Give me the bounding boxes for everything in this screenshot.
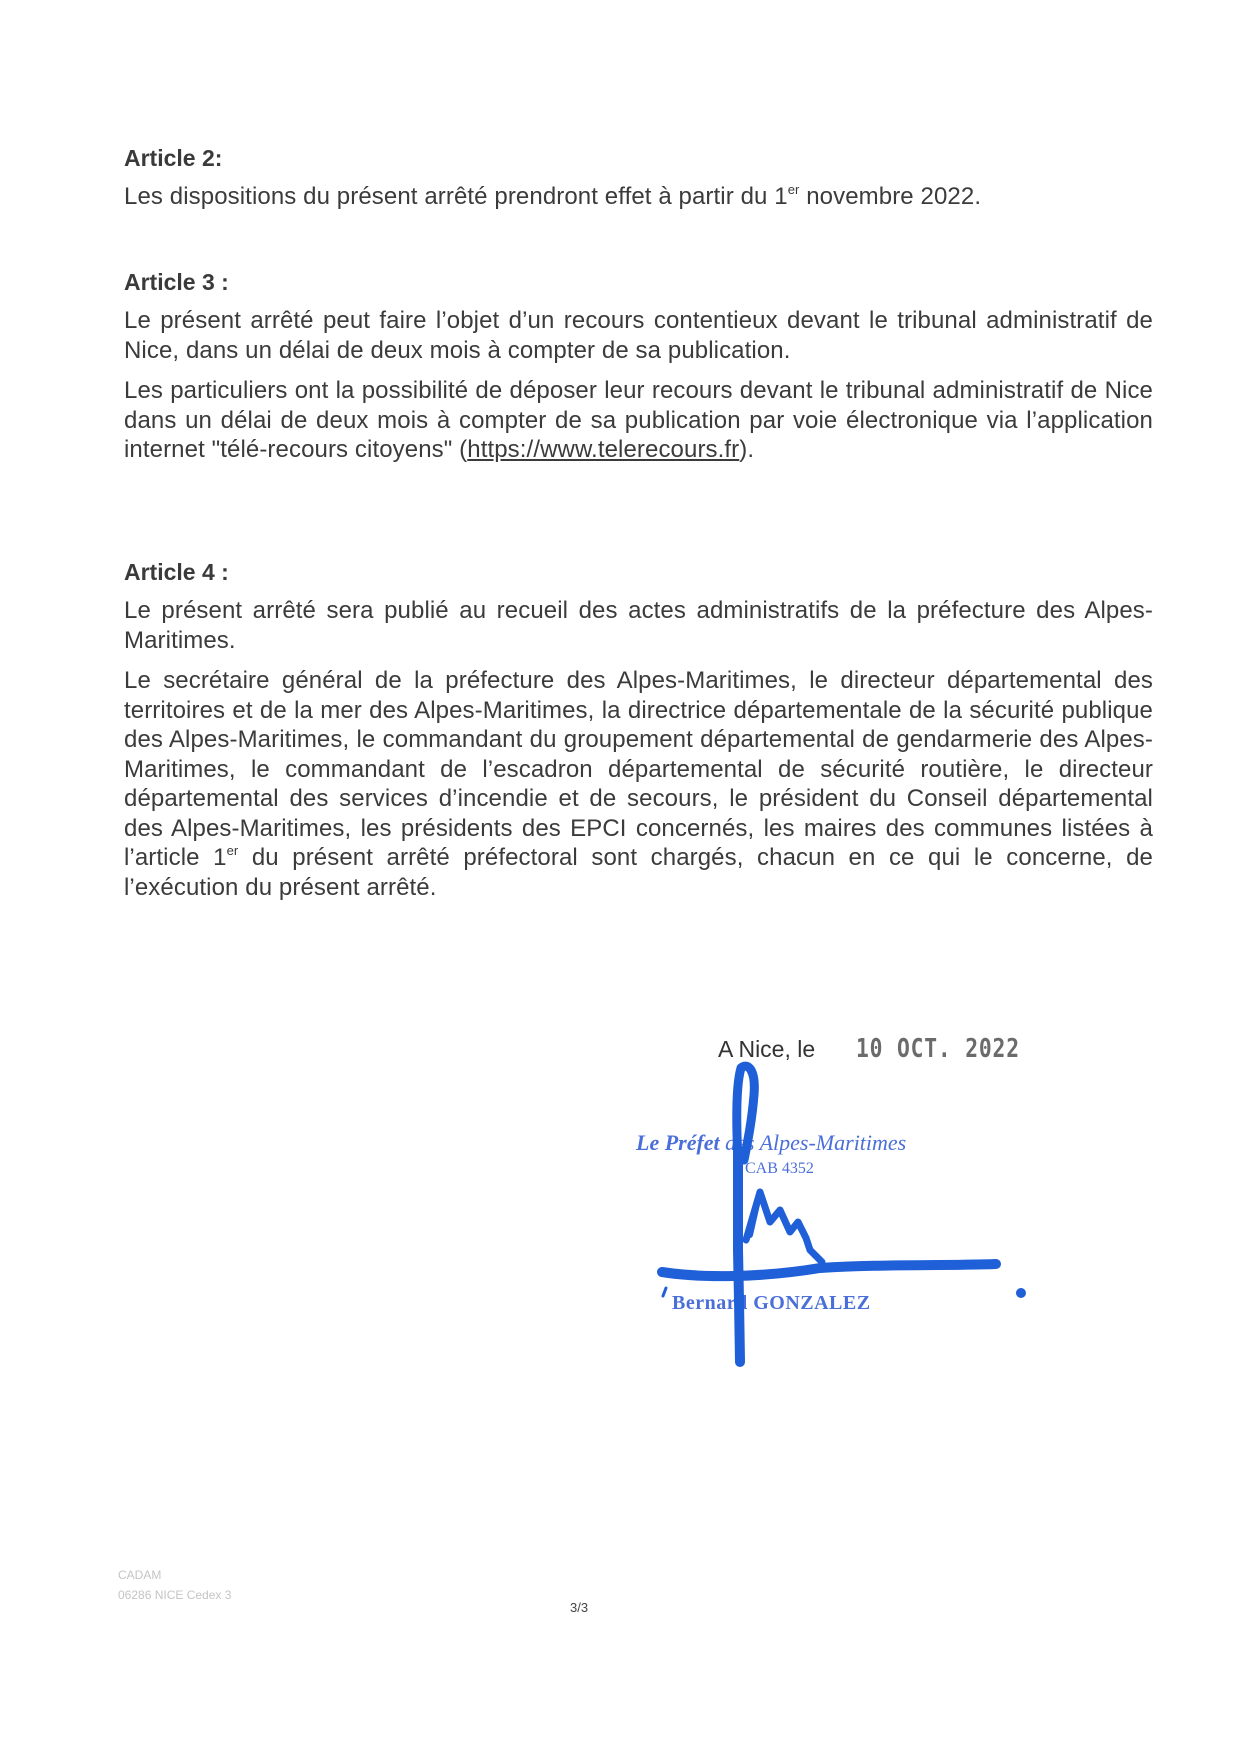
footer-address: CADAM 06286 NICE Cedex 3 xyxy=(118,1565,231,1605)
page-number: 3/3 xyxy=(570,1600,588,1615)
article-3-paragraph-2: Les particuliers ont la possibilité de d… xyxy=(124,376,1153,465)
article-2: Article 2: Les dispositions du présent a… xyxy=(124,144,1153,212)
article-3-paragraph-1: Le présent arrêté peut faire l’objet d’u… xyxy=(124,306,1153,365)
date-stamp: 10 OCT. 2022 xyxy=(856,1034,1020,1064)
document-page: Article 2: Les dispositions du présent a… xyxy=(0,0,1240,1754)
signer-name: Bernard GONZALEZ xyxy=(672,1292,871,1315)
prefect-stamp-title: Le Préfet des Alpes-Maritimes xyxy=(636,1130,906,1156)
paragraph-text: Le secrétaire général de la préfecture d… xyxy=(124,667,1153,871)
footer-address-line-1: CADAM xyxy=(118,1565,231,1585)
article-2-paragraph: Les dispositions du présent arrêté prend… xyxy=(124,182,1153,212)
superscript: er xyxy=(788,182,800,197)
paragraph-text: ). xyxy=(739,436,754,463)
article-3-heading: Article 3 : xyxy=(124,268,1153,296)
stamp-title-rest: des Alpes-Maritimes xyxy=(720,1130,907,1155)
footer-address-line-2: 06286 NICE Cedex 3 xyxy=(118,1585,231,1605)
superscript: er xyxy=(227,843,239,858)
article-4-heading: Article 4 : xyxy=(124,558,1153,586)
paragraph-text: du présent arrêté préfectoral sont charg… xyxy=(124,844,1153,901)
article-4-paragraph-2: Le secrétaire général de la préfecture d… xyxy=(124,666,1153,902)
stamp-reference: CAB 4352 xyxy=(745,1160,814,1178)
article-4-paragraph-1: Le présent arrêté sera publié au recueil… xyxy=(124,596,1153,655)
article-3: Article 3 : Le présent arrêté peut faire… xyxy=(124,268,1153,465)
place-date-label: A Nice, le xyxy=(718,1036,815,1063)
stamp-title-bold: Le Préfet xyxy=(636,1130,720,1155)
article-2-heading: Article 2: xyxy=(124,144,1153,172)
paragraph-text: novembre 2022. xyxy=(799,183,981,210)
article-4: Article 4 : Le présent arrêté sera publi… xyxy=(124,558,1153,902)
paragraph-text: Les dispositions du présent arrêté prend… xyxy=(124,183,788,210)
telerecours-link[interactable]: https://www.telerecours.fr xyxy=(467,436,739,463)
